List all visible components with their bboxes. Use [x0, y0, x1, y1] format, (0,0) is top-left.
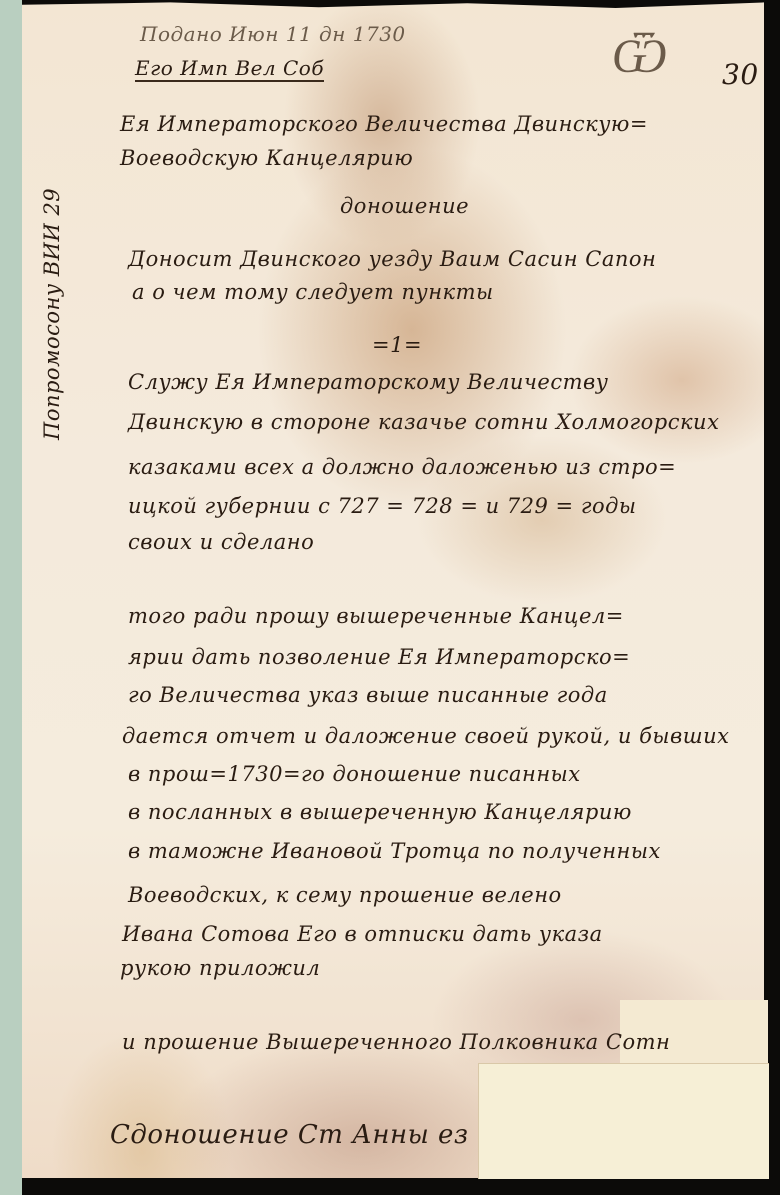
- margin-note: Попромосону ВИИ 29: [40, 188, 64, 440]
- paper-patch-lower: [478, 1063, 769, 1179]
- paragraph2-line-2: ярии дать позволение Ея Императорско=: [128, 645, 630, 669]
- intro-line-1: Доносит Двинского уезду Ваuм Сасин Сапон: [128, 247, 656, 271]
- received-note: Подано Июн 11 дн 1730: [140, 22, 406, 46]
- paragraph2-line-10: рукою приложил: [120, 956, 320, 980]
- paragraph2-line-7: в таможне Ивановой Тротца по полученных: [128, 839, 661, 863]
- intro-line-2: а о чем тому следует пункты: [132, 280, 494, 304]
- subtitle-note: Его Имп Вел Соб: [135, 56, 324, 82]
- paragraph2-line-9: Ивана Сотова Его в отписки дать указа: [122, 922, 603, 946]
- paragraph2-line-6: в посланных в вышереченную Канцелярию: [128, 800, 632, 824]
- address-line-2: Воеводскую Канцелярию: [120, 146, 413, 170]
- signature-line: и прошение Вышереченного Полковника Сотн: [122, 1030, 670, 1054]
- paragraph2-line-5: в прош=1730=го доношение писанных: [128, 762, 581, 786]
- paragraph2-line-8: Воеводских, к сему прошение велено: [128, 883, 562, 907]
- top-right-mark: Ѿ: [612, 28, 667, 84]
- address-line-1: Ея Императорского Величества Двинскую=: [120, 112, 648, 136]
- paragraph1-line-5: своих и сделано: [128, 530, 314, 554]
- paragraph1-line-2: Двинскую в стороне казачье сотни Холмого…: [128, 410, 719, 434]
- paragraph1-line-1: Служу Ея Императорскому Величеству: [128, 370, 608, 394]
- paragraph2-line-1: того ради прошу вышереченные Канцел=: [128, 604, 624, 628]
- page-number: 30: [722, 58, 759, 91]
- section-number: =1=: [372, 333, 422, 357]
- paragraph2-line-4: дается отчет и даложение своей рукой, и …: [122, 724, 730, 748]
- paragraph1-line-4: ицкой губернии с 727 = 728 = и 729 = год…: [128, 494, 637, 518]
- paragraph2-line-3: го Величества указ выше писанные года: [128, 683, 608, 707]
- paragraph1-line-3: казаками всех а должно даложенью из стро…: [128, 455, 676, 479]
- backing-strip: [0, 0, 22, 1195]
- document-title: доношение: [340, 194, 469, 218]
- bottom-note: Сдоношение Ст Анны ез: [110, 1120, 469, 1150]
